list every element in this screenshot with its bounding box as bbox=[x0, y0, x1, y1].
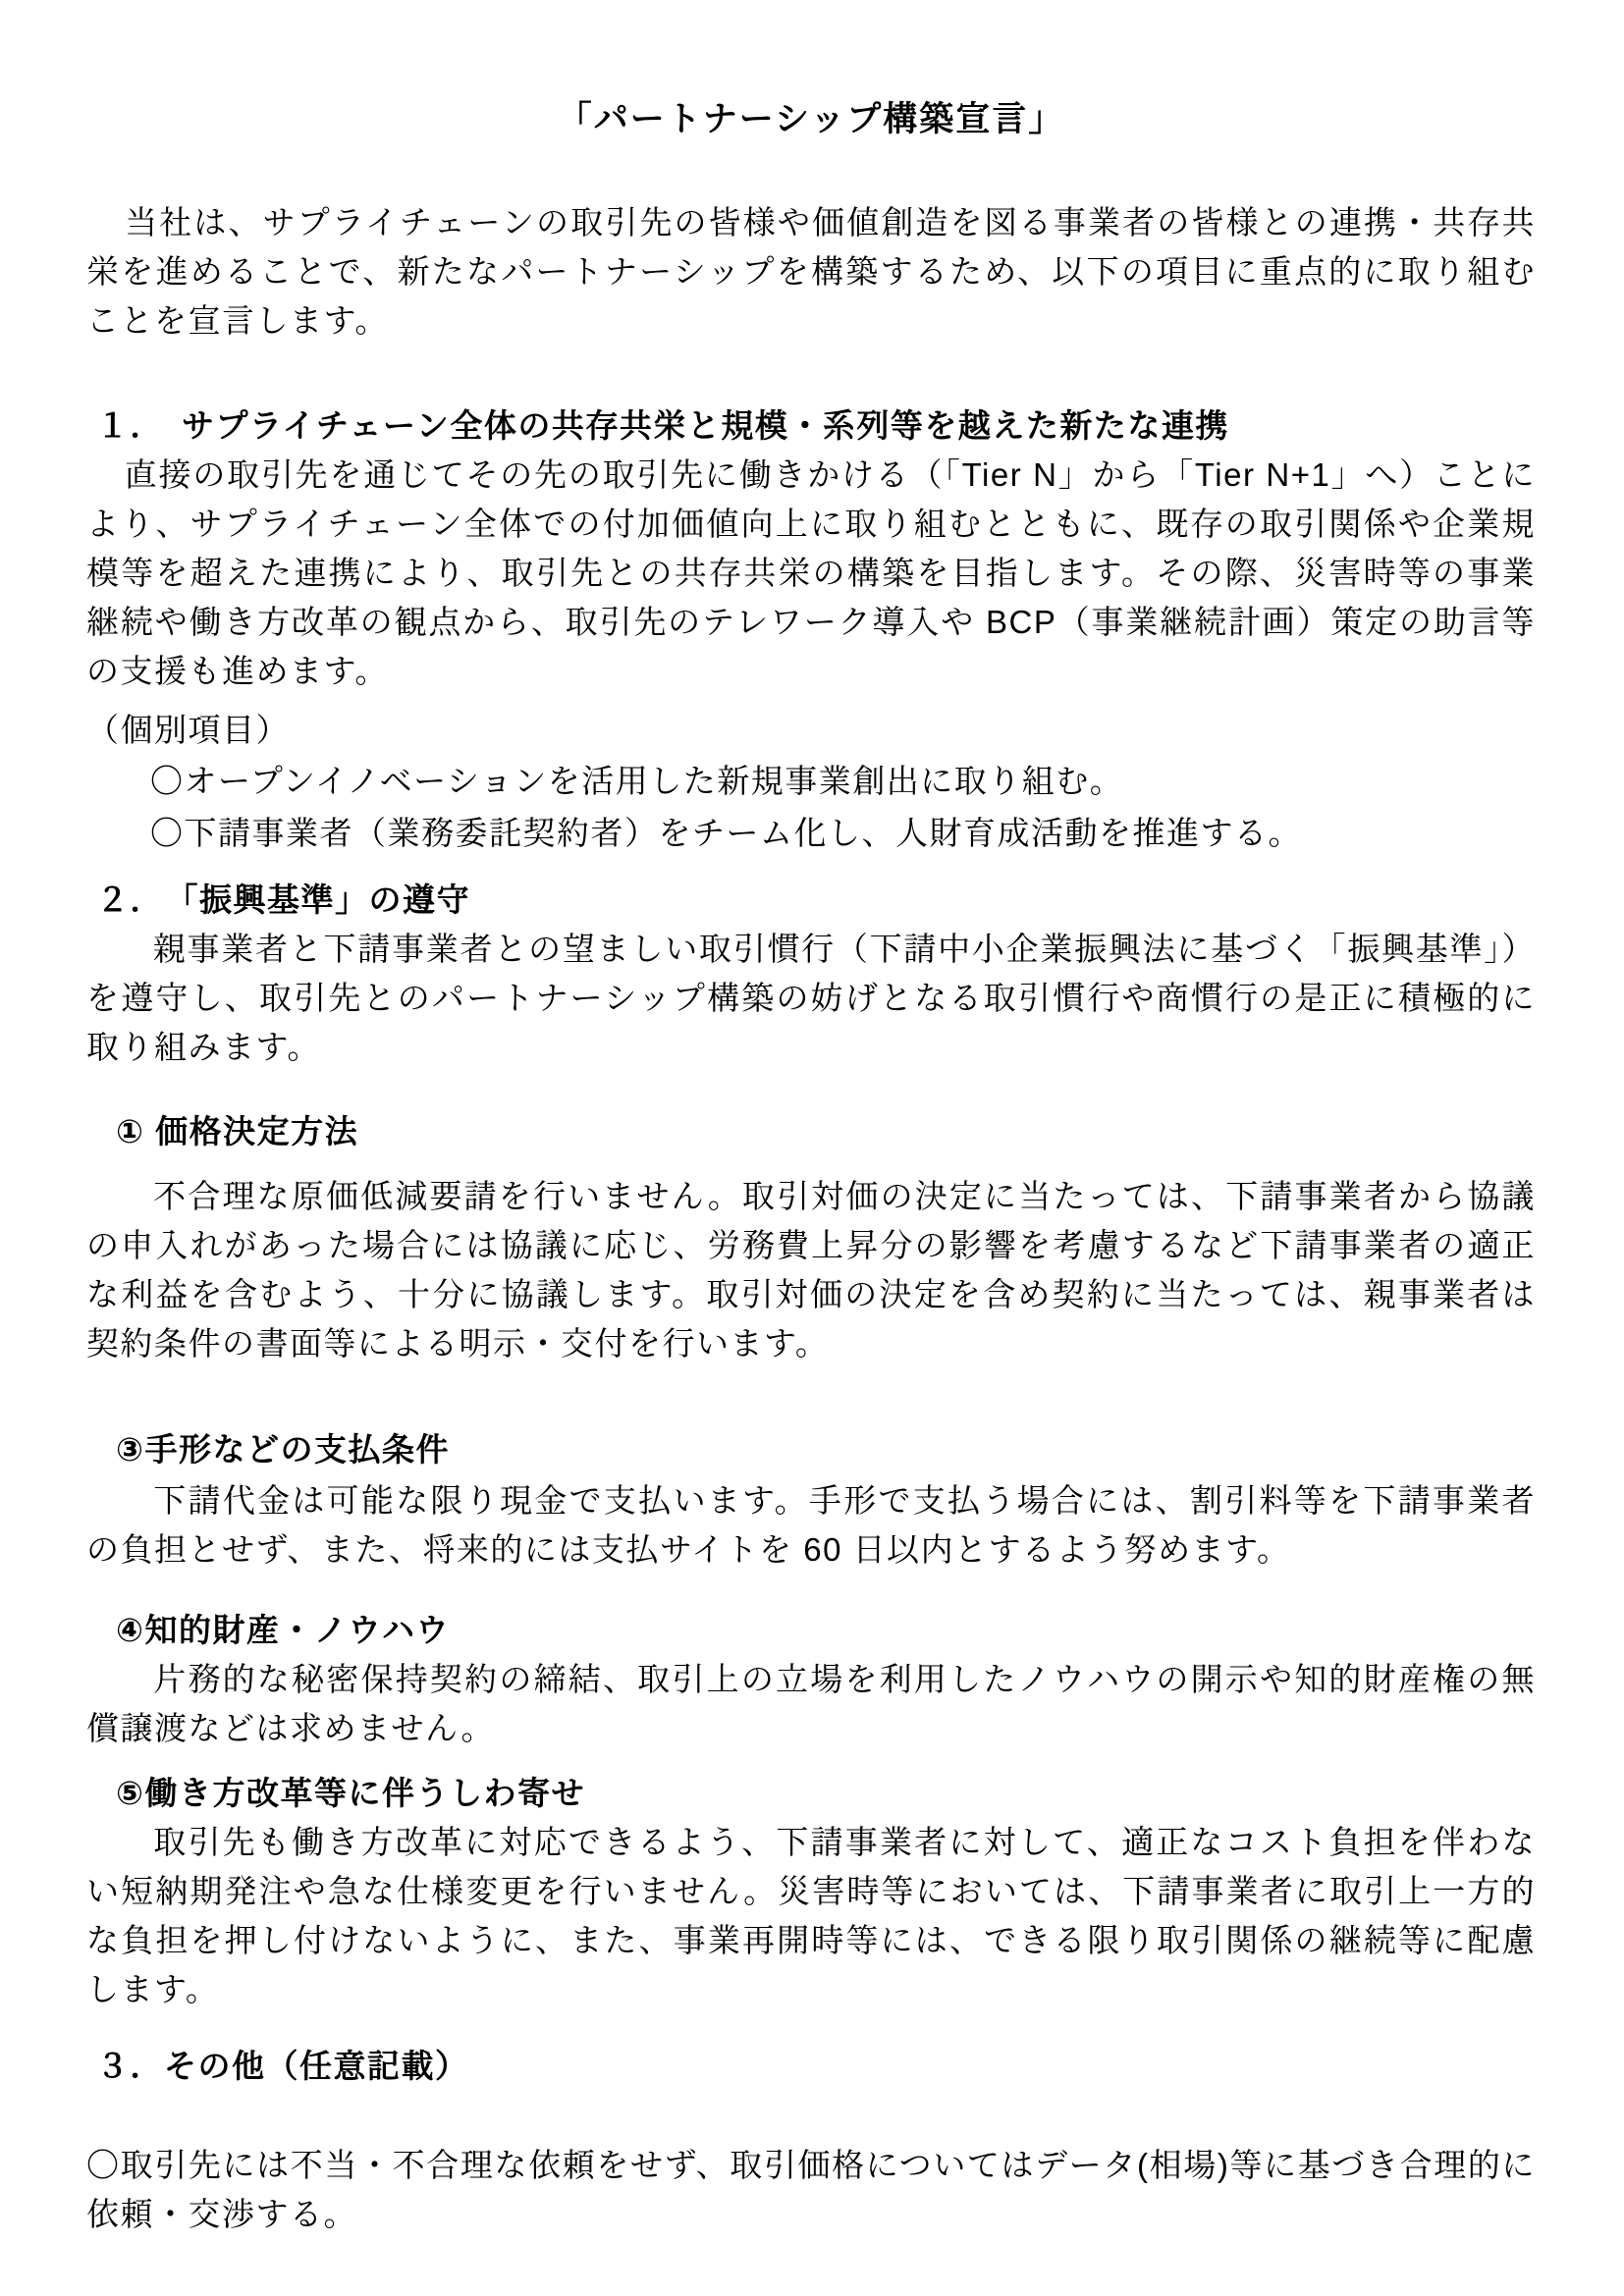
section-3-item: 〇取引先には不当・不合理な依頼をせず、取引価格についてはデータ(相場)等に基づき… bbox=[86, 2141, 1536, 2239]
intro-paragraph: 当社は、サプライチェーンの取引先の皆様や価値創造を図る事業者の皆様との連携・共存… bbox=[86, 198, 1536, 346]
subsection-4-intellectual-property-heading: ④知的財産・ノウハウ bbox=[86, 1606, 1536, 1655]
section-1-heading: １． サプライチェーン全体の共存共栄と規模・系列等を越えた新たな連携 bbox=[86, 401, 1536, 451]
section-2-heading: ２． 「振興基準」の遵守 bbox=[86, 876, 1536, 925]
subsection-3-payment-terms-body: 下請代金は可能な限り現金で支払います。手形で支払う場合には、割引料等を下請事業者… bbox=[86, 1476, 1536, 1575]
subsection-1-price-determination-body: 不合理な原価低減要請を行いません。取引対価の決定に当たっては、下請事業者から協議… bbox=[86, 1172, 1536, 1368]
individual-item-open-innovation: 〇オープンイノベーションを活用した新規事業創出に取り組む。 bbox=[86, 755, 1536, 807]
subsection-5-work-style-reform-heading: ⑤働き方改革等に伴うしわ寄せ bbox=[86, 1769, 1536, 1818]
individual-item-subcontractor-team: 〇下請事業者（業務委託契約者）をチーム化し、人財育成活動を推進する。 bbox=[86, 807, 1536, 859]
subsection-1-price-determination-heading: ① 価格決定方法 bbox=[86, 1107, 1536, 1156]
subsection-4-intellectual-property-body: 片務的な秘密保持契約の締結、取引上の立場を利用したノウハウの開示や知的財産権の無… bbox=[86, 1655, 1536, 1753]
document-title: 「パートナーシップ構築宣言」 bbox=[86, 95, 1536, 144]
section-3-heading: ３．その他（任意記載） bbox=[86, 2042, 1536, 2091]
section-1-body: 直接の取引先を通じてその先の取引先に働きかける（「Tier N」から「Tier … bbox=[86, 451, 1536, 696]
subsection-5-work-style-reform-body: 取引先も働き方改革に対応できるよう、下請事業者に対して、適正なコスト負担を伴わな… bbox=[86, 1818, 1536, 2014]
subsection-3-payment-terms-heading: ③手形などの支払条件 bbox=[86, 1425, 1536, 1474]
individual-items-label: （個別項目） bbox=[86, 706, 1536, 755]
declaration-document-page: 「パートナーシップ構築宣言」 当社は、サプライチェーンの取引先の皆様や価値創造を… bbox=[0, 0, 1624, 2296]
section-2-body: 親事業者と下請事業者との望ましい取引慣行（下請中小企業振興法に基づく「振興基準」… bbox=[86, 925, 1536, 1072]
